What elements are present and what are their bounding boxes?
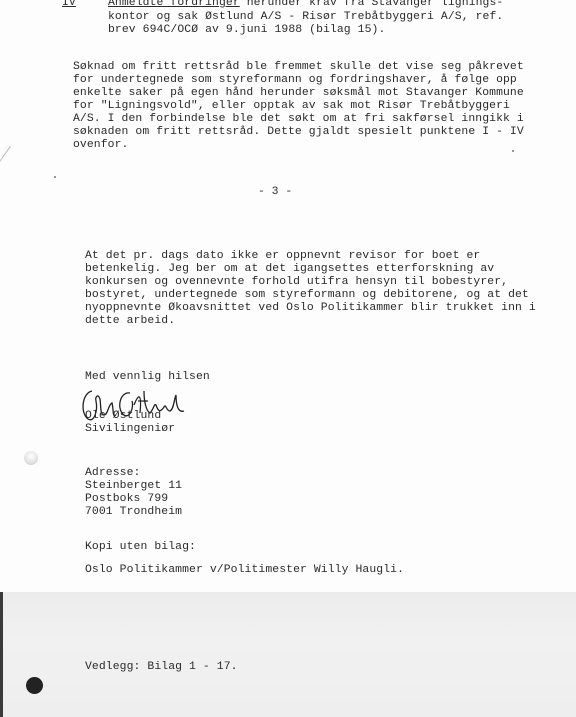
page-number: - 3 - <box>258 186 292 198</box>
item-marker: IV <box>62 0 76 10</box>
paper-speck <box>512 150 514 152</box>
text-line: ovenfor. <box>73 139 128 152</box>
text-line: Søknad om fritt rettsråd ble fremmet sku… <box>73 61 524 74</box>
paper-crease-mark <box>0 146 11 196</box>
item-iv-line-2: kontor og sak Østlund A/S - Risør Trebåt… <box>108 11 503 24</box>
signer-title: Sivilingeniør <box>85 423 175 436</box>
punch-hole-icon <box>24 451 38 465</box>
scan-bottom-area <box>0 592 576 717</box>
punch-hole-icon <box>26 677 43 694</box>
address-line: 7001 Trondheim <box>85 506 182 519</box>
text-line: bostyret, undertegnede som styreformann … <box>85 289 529 302</box>
closing-text: Med vennlig hilsen <box>85 371 210 384</box>
text-line: konkursen og ovennevnte forhold utifra h… <box>85 276 508 289</box>
text-line: enkelte saker på egen hånd herunder søks… <box>73 87 524 100</box>
copy-recipient: Oslo Politikammer v/Politimester Willy H… <box>85 564 404 577</box>
address-line: Postboks 799 <box>85 493 168 506</box>
item-iv-line-3: brev 694C/OCØ av 9.juni 1988 (bilag 15). <box>108 24 385 37</box>
text-line: for "Ligningsvold", eller opptak av sak … <box>73 100 510 113</box>
signer-name: Ole Østlund <box>85 410 161 423</box>
text-line: for undertegnede som styreformann og for… <box>73 74 517 87</box>
paper-speck <box>54 176 56 178</box>
text-line: A/S. I den forbindelse ble det søkt om a… <box>73 113 524 126</box>
text-line: søknaden om fritt rettsråd. Dette gjaldt… <box>73 126 524 139</box>
address-label: Adresse: <box>85 467 140 480</box>
attachments-text: Vedlegg: Bilag 1 - 17. <box>85 661 238 674</box>
text-line: dette arbeid. <box>85 315 175 328</box>
text-line: betenkelig. Jeg ber om at det igangsette… <box>85 263 494 276</box>
scanned-letter-page: IV Anmeldte fordringer herunder krav fra… <box>0 0 576 717</box>
text-line: nyoppnevnte Økoavsnittet ved Oslo Politi… <box>85 302 536 315</box>
item-iv-line-1: Anmeldte fordringer herunder krav fra St… <box>108 0 503 10</box>
address-line: Steinberget 11 <box>85 480 182 493</box>
text-line: At det pr. dags dato ikke er oppnevnt re… <box>85 250 480 263</box>
copy-label: Kopi uten bilag: <box>85 541 196 554</box>
